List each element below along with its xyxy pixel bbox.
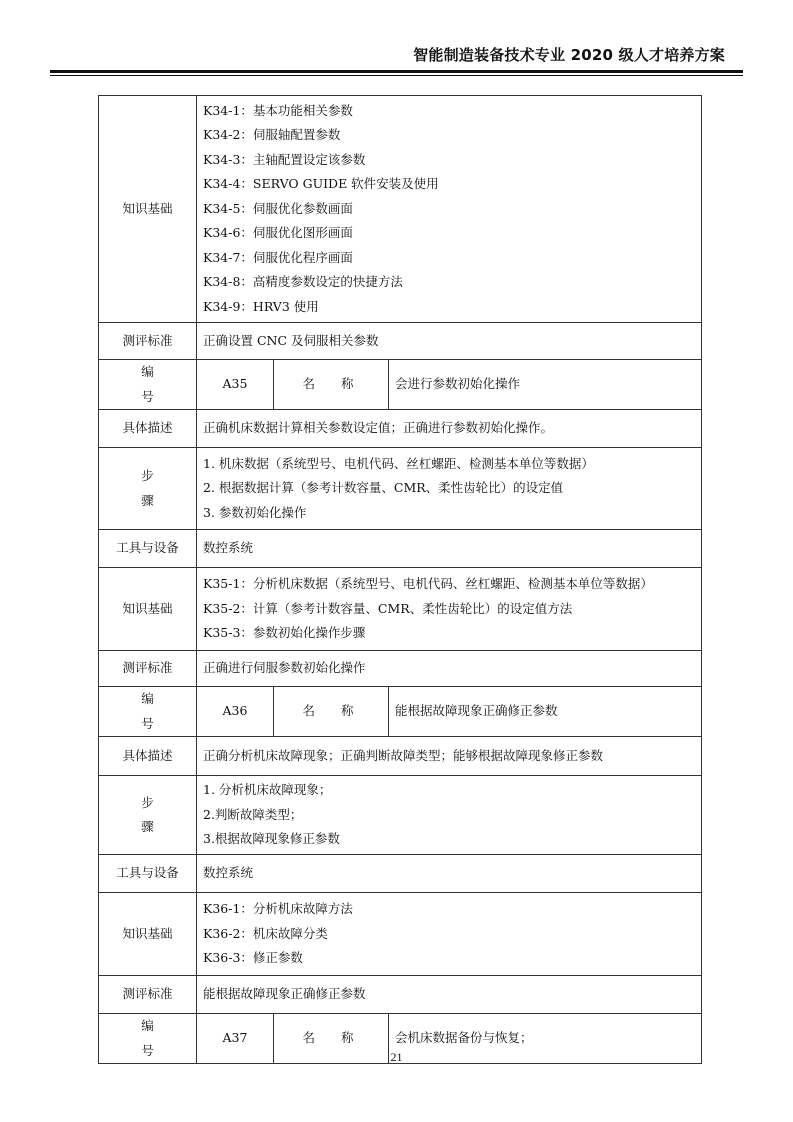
row-label: 知识基础: [99, 893, 197, 976]
table-row-a36-description: 具体描述 正确分析机床故障现象；正确判断故障类型；能够根据故障现象修正参数: [99, 737, 702, 776]
list-item: K34-5：伺服优化参数画面: [203, 197, 695, 222]
row-label: 编号: [99, 360, 197, 410]
page-number: 21: [0, 1050, 793, 1065]
list-item: 1. 分析机床故障现象；: [203, 778, 695, 803]
table-row-a35-criteria: 测评标准 正确进行伺服参数初始化操作: [99, 651, 702, 687]
row-label: 测评标准: [99, 323, 197, 360]
table-row-a35-description: 具体描述 正确机床数据计算相关参数设定值；正确进行参数初始化操作。: [99, 410, 702, 448]
list-item: K34-2：伺服轴配置参数: [203, 123, 695, 148]
row-label: 工具与设备: [99, 855, 197, 893]
table-row-a34-knowledge: 知识基础 K34-1：基本功能相关参数 K34-2：伺服轴配置参数 K34-3：…: [99, 96, 702, 323]
knowledge-list: K35-1：分析机床数据（系统型号、电机代码、丝杠螺距、检测基本单位等数据） K…: [197, 568, 702, 651]
row-label: 工具与设备: [99, 530, 197, 568]
item-name: 能根据故障现象正确修正参数: [389, 687, 702, 737]
criteria-value: 正确设置 CNC 及伺服相关参数: [197, 323, 702, 360]
list-item: K34-6：伺服优化图形画面: [203, 221, 695, 246]
table-row-a36-steps: 步骤 1. 分析机床故障现象； 2.判断故障类型； 3.根据故障现象修正参数: [99, 776, 702, 855]
tools-value: 数控系统: [197, 530, 702, 568]
list-item: K35-1：分析机床数据（系统型号、电机代码、丝杠螺距、检测基本单位等数据）: [203, 572, 695, 597]
table-row-a35-tools: 工具与设备 数控系统: [99, 530, 702, 568]
list-item: K36-1：分析机床故障方法: [203, 897, 695, 922]
list-item: K35-2：计算（参考计数容量、CMR、柔性齿轮比）的设定值方法: [203, 597, 695, 622]
header-rule-thick: [50, 70, 743, 73]
list-item: K36-2：机床故障分类: [203, 922, 695, 947]
item-name: 会进行参数初始化操作: [389, 360, 702, 410]
list-item: 2. 根据数据计算（参考计数容量、CMR、柔性齿轮比）的设定值: [203, 476, 695, 501]
competency-table: 知识基础 K34-1：基本功能相关参数 K34-2：伺服轴配置参数 K34-3：…: [98, 95, 702, 1064]
table-row-a36-tools: 工具与设备 数控系统: [99, 855, 702, 893]
description-value: 正确机床数据计算相关参数设定值；正确进行参数初始化操作。: [197, 410, 702, 448]
row-label: 步骤: [99, 448, 197, 530]
list-item: 3. 参数初始化操作: [203, 501, 695, 526]
item-code: A35: [197, 360, 274, 410]
row-label: 具体描述: [99, 737, 197, 776]
criteria-value: 能根据故障现象正确修正参数: [197, 976, 702, 1014]
description-value: 正确分析机床故障现象；正确判断故障类型；能够根据故障现象修正参数: [197, 737, 702, 776]
document-header-title: 智能制造装备技术专业 2020 级人才培养方案: [413, 44, 725, 65]
list-item: 1. 机床数据（系统型号、电机代码、丝杠螺距、检测基本单位等数据）: [203, 452, 695, 477]
knowledge-list: K34-1：基本功能相关参数 K34-2：伺服轴配置参数 K34-3：主轴配置设…: [197, 96, 702, 323]
table-row-a36-knowledge: 知识基础 K36-1：分析机床故障方法 K36-2：机床故障分类 K36-3：修…: [99, 893, 702, 976]
header-rule-thin: [50, 75, 743, 76]
table-row-a36-criteria: 测评标准 能根据故障现象正确修正参数: [99, 976, 702, 1014]
row-label: 知识基础: [99, 96, 197, 323]
row-label: 具体描述: [99, 410, 197, 448]
list-item: K34-1：基本功能相关参数: [203, 99, 695, 124]
name-label: 名称: [274, 687, 389, 737]
table-row-a36-header: 编号 A36 名称 能根据故障现象正确修正参数: [99, 687, 702, 737]
table-row-a34-criteria: 测评标准 正确设置 CNC 及伺服相关参数: [99, 323, 702, 360]
list-item: K34-3：主轴配置设定该参数: [203, 148, 695, 173]
table-row-a35-header: 编号 A35 名称 会进行参数初始化操作: [99, 360, 702, 410]
list-item: K35-3：参数初始化操作步骤: [203, 621, 695, 646]
row-label: 编号: [99, 687, 197, 737]
name-label: 名称: [274, 360, 389, 410]
table-row-a35-knowledge: 知识基础 K35-1：分析机床数据（系统型号、电机代码、丝杠螺距、检测基本单位等…: [99, 568, 702, 651]
list-item: K36-3：修正参数: [203, 946, 695, 971]
tools-value: 数控系统: [197, 855, 702, 893]
table-row-a35-steps: 步骤 1. 机床数据（系统型号、电机代码、丝杠螺距、检测基本单位等数据） 2. …: [99, 448, 702, 530]
row-label: 知识基础: [99, 568, 197, 651]
list-item: 2.判断故障类型；: [203, 803, 695, 828]
steps-list: 1. 机床数据（系统型号、电机代码、丝杠螺距、检测基本单位等数据） 2. 根据数…: [197, 448, 702, 530]
list-item: 3.根据故障现象修正参数: [203, 827, 695, 852]
item-code: A36: [197, 687, 274, 737]
list-item: K34-4：SERVO GUIDE 软件安装及使用: [203, 172, 695, 197]
list-item: K34-8：高精度参数设定的快捷方法: [203, 270, 695, 295]
knowledge-list: K36-1：分析机床故障方法 K36-2：机床故障分类 K36-3：修正参数: [197, 893, 702, 976]
criteria-value: 正确进行伺服参数初始化操作: [197, 651, 702, 687]
list-item: K34-7：伺服优化程序画面: [203, 246, 695, 271]
row-label: 测评标准: [99, 651, 197, 687]
list-item: K34-9：HRV3 使用: [203, 295, 695, 320]
steps-list: 1. 分析机床故障现象； 2.判断故障类型； 3.根据故障现象修正参数: [197, 776, 702, 855]
row-label: 测评标准: [99, 976, 197, 1014]
row-label: 步骤: [99, 776, 197, 855]
